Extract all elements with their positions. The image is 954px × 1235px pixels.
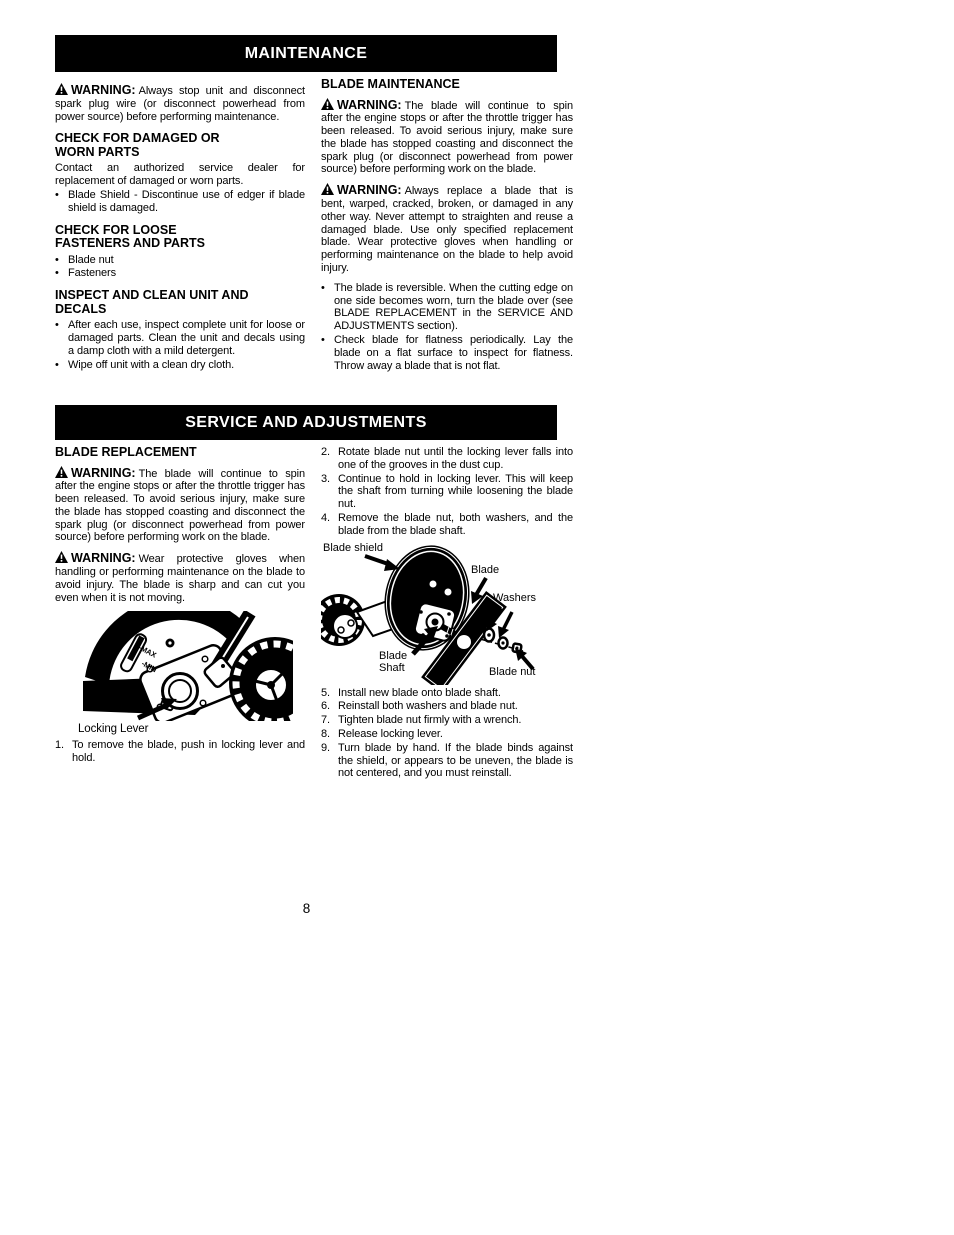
heading-line: WORN PARTS bbox=[55, 145, 140, 159]
warning-paragraph: WARNING:Always stop unit and disconnect … bbox=[55, 83, 305, 123]
step-text: Continue to hold in locking lever. This … bbox=[338, 473, 573, 511]
step-item: 4.Remove the blade nut, both washers, an… bbox=[321, 512, 573, 538]
step-text: Release locking lever. bbox=[338, 728, 573, 741]
blade-nut-label: Blade nut bbox=[489, 666, 535, 678]
list-item-text: Blade nut bbox=[68, 254, 305, 267]
list-item: Wipe off unit with a clean dry cloth. bbox=[55, 359, 305, 372]
warning-label: WARNING: bbox=[337, 98, 402, 112]
step-item: 9.Turn blade by hand. If the blade binds… bbox=[321, 742, 573, 780]
step-number: 3. bbox=[321, 473, 338, 511]
warning-triangle-icon bbox=[55, 466, 68, 478]
maintenance-columns: WARNING:Always stop unit and disconnect … bbox=[55, 77, 573, 405]
step-text: Install new blade onto blade shaft. bbox=[338, 687, 573, 700]
figure1-caption: Locking Lever bbox=[78, 723, 305, 736]
heading-line: CHECK FOR LOOSE bbox=[55, 223, 177, 237]
warning-label: WARNING: bbox=[71, 83, 136, 97]
step-item: 3.Continue to hold in locking lever. Thi… bbox=[321, 473, 573, 511]
bullet-marker bbox=[321, 334, 334, 372]
list-item: Blade Shield - Discontinue use of edger … bbox=[55, 189, 305, 215]
service-columns: BLADE REPLACEMENT WARNING:The blade will… bbox=[55, 445, 573, 781]
list-item: After each use, inspect complete unit fo… bbox=[55, 319, 305, 357]
list-item-text: Fasteners bbox=[68, 267, 305, 280]
warning-triangle-icon bbox=[55, 551, 68, 563]
heading-line: FASTENERS AND PARTS bbox=[55, 236, 205, 250]
step-text: Remove the blade nut, both washers, and … bbox=[338, 512, 573, 538]
warning-text: Always replace a blade that is bent, war… bbox=[321, 185, 573, 274]
step-number: 4. bbox=[321, 512, 338, 538]
heading-line: DECALS bbox=[55, 302, 106, 316]
warning-triangle-icon bbox=[321, 183, 334, 195]
blade-shaft-label-line1: Blade bbox=[379, 650, 407, 662]
step-number: 9. bbox=[321, 742, 338, 780]
service-right-column: 2.Rotate blade nut until the locking lev… bbox=[321, 445, 573, 781]
step-number: 8. bbox=[321, 728, 338, 741]
step-item: 7.Tighten blade nut firmly with a wrench… bbox=[321, 714, 573, 727]
step-item: 2.Rotate blade nut until the locking lev… bbox=[321, 446, 573, 472]
warning-paragraph: WARNING:Wear protective gloves when hand… bbox=[55, 551, 305, 604]
manual-page: MAINTENANCE WARNING:Always stop unit and… bbox=[0, 0, 954, 1235]
blade-assembly-illustration bbox=[321, 540, 573, 685]
page-content: MAINTENANCE WARNING:Always stop unit and… bbox=[55, 35, 573, 781]
step-text: Tighten blade nut firmly with a wrench. bbox=[338, 714, 573, 727]
step-number: 1. bbox=[55, 739, 72, 765]
warning-paragraph: WARNING:The blade will continue to spin … bbox=[321, 98, 573, 177]
maintenance-left-column: WARNING:Always stop unit and disconnect … bbox=[55, 77, 305, 405]
list-item: Fasteners bbox=[55, 267, 305, 280]
blade-shield-label: Blade shield bbox=[323, 542, 383, 554]
list-item-text: Blade Shield - Discontinue use of edger … bbox=[68, 189, 305, 215]
step-item: 5.Install new blade onto blade shaft. bbox=[321, 687, 573, 700]
heading-inspect-clean: INSPECT AND CLEAN UNIT ANDDECALS bbox=[55, 289, 305, 316]
list-item: Check blade for flatness periodically. L… bbox=[321, 334, 573, 372]
list-item-text: Check blade for flatness periodically. L… bbox=[334, 334, 573, 372]
bullet-marker bbox=[55, 359, 68, 372]
maintenance-right-column: BLADE MAINTENANCE WARNING:The blade will… bbox=[321, 77, 573, 405]
warning-paragraph: WARNING:The blade will continue to spin … bbox=[55, 466, 305, 545]
blade-shaft-label: BladeShaft bbox=[379, 650, 407, 674]
step-item: 1. To remove the blade, push in locking … bbox=[55, 739, 305, 765]
bullet-marker bbox=[321, 282, 334, 333]
service-left-column: BLADE REPLACEMENT WARNING:The blade will… bbox=[55, 445, 305, 781]
bullet-marker bbox=[55, 319, 68, 357]
warning-label: WARNING: bbox=[337, 183, 402, 197]
step-number: 6. bbox=[321, 700, 338, 713]
heading-blade-maintenance: BLADE MAINTENANCE bbox=[321, 78, 573, 92]
step-text: Reinstall both washers and blade nut. bbox=[338, 700, 573, 713]
warning-label: WARNING: bbox=[71, 466, 136, 480]
locking-lever-illustration: -MAX -MIN bbox=[83, 611, 293, 721]
heading-blade-replacement: BLADE REPLACEMENT bbox=[55, 446, 305, 460]
figure-locking-lever: -MAX -MIN bbox=[83, 611, 293, 721]
heading-check-loose: CHECK FOR LOOSEFASTENERS AND PARTS bbox=[55, 224, 305, 251]
blade-label: Blade bbox=[471, 564, 499, 576]
figure-blade-assembly: Blade shield Blade Washers BladeShaft Bl… bbox=[321, 540, 573, 685]
max-label: -MAX bbox=[137, 643, 158, 660]
heading-check-damaged: CHECK FOR DAMAGED ORWORN PARTS bbox=[55, 132, 305, 159]
heading-line: CHECK FOR DAMAGED OR bbox=[55, 131, 220, 145]
list-item: Blade nut bbox=[55, 254, 305, 267]
warning-label: WARNING: bbox=[71, 551, 136, 565]
washers-label: Washers bbox=[493, 592, 536, 604]
step-number: 7. bbox=[321, 714, 338, 727]
warning-triangle-icon bbox=[55, 83, 68, 95]
warning-triangle-icon bbox=[321, 98, 334, 110]
blade-shaft-label-line2: Shaft bbox=[379, 662, 405, 674]
step-text: Turn blade by hand. If the blade binds a… bbox=[338, 742, 573, 780]
list-item-text: The blade is reversible. When the cuttin… bbox=[334, 282, 573, 333]
step-item: 6.Reinstall both washers and blade nut. bbox=[321, 700, 573, 713]
maintenance-header-bar: MAINTENANCE bbox=[55, 35, 557, 72]
heading-line: INSPECT AND CLEAN UNIT AND bbox=[55, 288, 249, 302]
step-item: 8.Release locking lever. bbox=[321, 728, 573, 741]
list-item-text: After each use, inspect complete unit fo… bbox=[68, 319, 305, 357]
bullet-marker bbox=[55, 189, 68, 215]
bullet-marker bbox=[55, 267, 68, 280]
page-number: 8 bbox=[55, 903, 558, 916]
step-text: Rotate blade nut until the locking lever… bbox=[338, 446, 573, 472]
step-number: 5. bbox=[321, 687, 338, 700]
body-text: Contact an authorized service dealer for… bbox=[55, 162, 305, 188]
service-header-bar: SERVICE AND ADJUSTMENTS bbox=[55, 405, 557, 440]
step-number: 2. bbox=[321, 446, 338, 472]
warning-paragraph: WARNING:Always replace a blade that is b… bbox=[321, 183, 573, 275]
list-item-text: Wipe off unit with a clean dry cloth. bbox=[68, 359, 305, 372]
step-text: To remove the blade, push in locking lev… bbox=[72, 739, 305, 765]
bullet-marker bbox=[55, 254, 68, 267]
list-item: The blade is reversible. When the cuttin… bbox=[321, 282, 573, 333]
